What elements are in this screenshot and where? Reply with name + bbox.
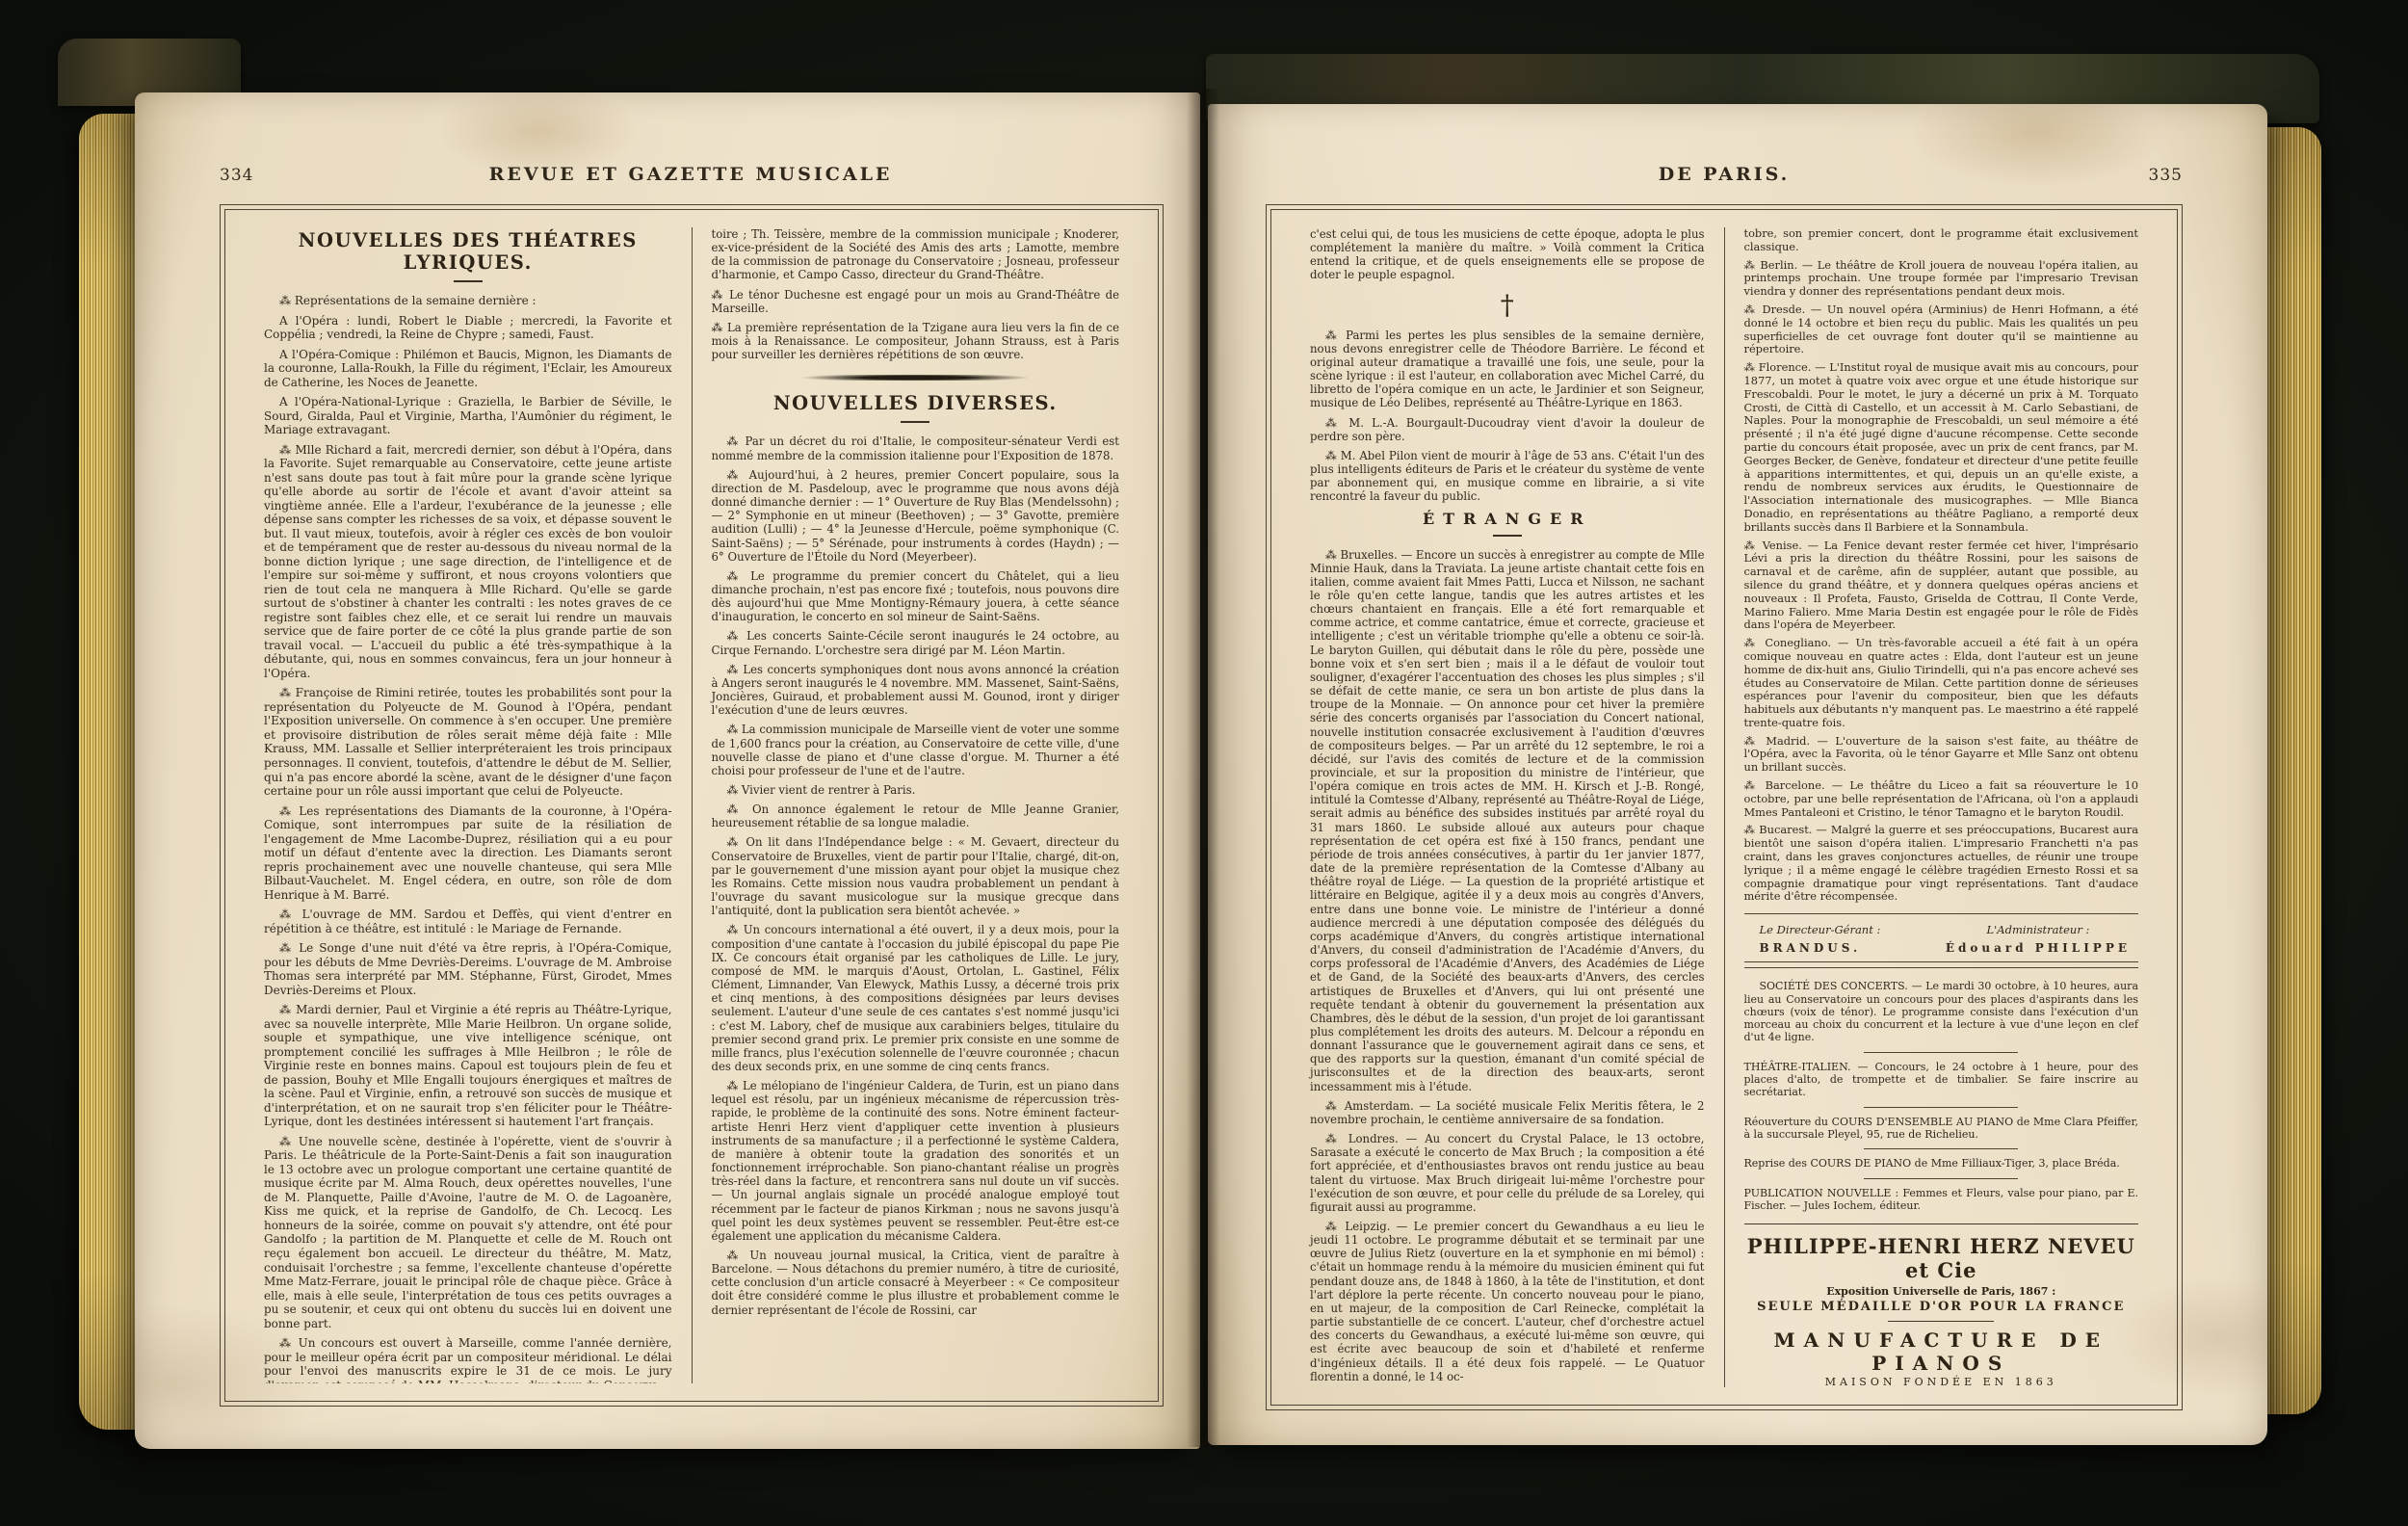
heading-dash — [901, 421, 929, 423]
paragraph: ⁂ Mardi dernier, Paul et Virginie a été … — [264, 1003, 672, 1129]
section-heading-nouvelles-diverses: NOUVELLES DIVERSES. — [712, 392, 1120, 414]
column-2-continuation: toire ; Th. Teissère, membre de la commi… — [712, 227, 1120, 361]
column-3: c'est celui qui, de tous les musiciens d… — [1291, 227, 1724, 1387]
paragraph: ⁂ M. L.-A. Bourgault-Ducoudray vient d'a… — [1310, 416, 1705, 443]
paragraph: ⁂ Vivier vient de rentrer à Paris. — [712, 783, 1120, 797]
column-3-paragraphs: ⁂ Bruxelles. — Encore un succès à enregi… — [1310, 548, 1705, 1383]
column-4: tobre, son premier concert, dont le prog… — [1724, 227, 2159, 1387]
section-heading-etranger: ÉTRANGER — [1310, 510, 1705, 528]
paragraph: A l'Opéra-National-Lyrique : Graziella, … — [264, 395, 672, 437]
director-label: Le Directeur-Gérant : — [1760, 923, 1881, 936]
paragraph: PUBLICATION NOUVELLE : Femmes et Fleurs,… — [1744, 1178, 2139, 1213]
paragraph: ⁂ Florence. — L'Institut royal de musiqu… — [1744, 361, 2139, 534]
paragraph: ⁂ On annonce également le retour de Mlle… — [712, 802, 1120, 829]
ad-rule — [1888, 1321, 1994, 1322]
director-name: BRANDUS. — [1760, 941, 1881, 955]
masthead: Le Directeur-Gérant : BRANDUS. L'Adminis… — [1744, 913, 2139, 961]
page-edges-right — [2265, 127, 2321, 1414]
left-page: 334 REVUE ET GAZETTE MUSICALE NOUVELLES … — [135, 92, 1200, 1449]
paragraph: A l'Opéra : lundi, Robert le Diable ; me… — [264, 314, 672, 342]
journal-title-left: REVUE ET GAZETTE MUSICALE — [489, 164, 893, 185]
column-2-paragraphs: ⁂ Par un décret du roi d'Italie, le comp… — [712, 434, 1120, 1316]
paragraph: ⁂ Berlin. — Le théâtre de Kroll jouera d… — [1744, 259, 2139, 299]
paragraph: c'est celui qui, de tous les musiciens d… — [1310, 227, 1705, 282]
paragraph: ⁂ Les concerts Sainte-Cécile seront inau… — [712, 629, 1120, 656]
paragraph: ⁂ Aujourd'hui, à 2 heures, premier Conce… — [712, 468, 1120, 564]
double-rule — [1744, 961, 2139, 968]
paragraph: ⁂ Le programme du premier concert du Châ… — [712, 569, 1120, 624]
paragraph: ⁂ Venise. — La Fenice devant rester ferm… — [1744, 539, 2139, 633]
paragraph: ⁂ Françoise de Rimini retirée, toutes le… — [264, 686, 672, 798]
heading-dash — [1493, 535, 1522, 537]
paragraph: ⁂ La commission municipale de Marseille … — [712, 723, 1120, 777]
paragraph: ⁂ Un concours est ouvert à Marseille, co… — [264, 1336, 672, 1383]
paragraph: ⁂ Le Songe d'une nuit d'été va être repr… — [264, 941, 672, 997]
photo-background: 334 REVUE ET GAZETTE MUSICALE NOUVELLES … — [0, 0, 2408, 1526]
paragraph: toire ; Th. Teissère, membre de la commi… — [712, 227, 1120, 282]
paragraph: ⁂ Représentations de la semaine dernière… — [264, 294, 672, 308]
administrator-name: Édouard PHILIPPE — [1946, 941, 2131, 955]
paragraph: ⁂ Les concerts symphoniques dont nous av… — [712, 663, 1120, 718]
ad-medal-line: SEULE MÉDAILLE D'OR POUR LA FRANCE — [1744, 1300, 2139, 1314]
heading-dash — [454, 280, 483, 282]
left-page-header: 334 REVUE ET GAZETTE MUSICALE — [220, 164, 1162, 185]
paragraph: ⁂ Leipzig. — Le premier concert du Gewan… — [1310, 1220, 1705, 1383]
ad-exposition-line: Exposition Universelle de Paris, 1867 : — [1744, 1285, 2139, 1298]
paragraph: Reprise des COURS DE PIANO de Mme Fillia… — [1744, 1148, 2139, 1170]
paragraph: ⁂ La première représentation de la Tziga… — [712, 321, 1120, 361]
right-page-header: DE PARIS. 335 — [1266, 164, 2183, 185]
paragraph: A l'Opéra-Comique : Philémon et Baucis, … — [264, 348, 672, 390]
paragraph: ⁂ Par un décret du roi d'Italie, le comp… — [712, 434, 1120, 461]
book-gutter-shadow — [1187, 89, 1219, 1447]
paragraph: ⁂ Mlle Richard a fait, mercredi dernier,… — [264, 443, 672, 681]
paragraph: ⁂ Parmi les pertes les plus sensibles de… — [1310, 329, 1705, 410]
paragraph: ⁂ Le ténor Duchesne est engagé pour un m… — [712, 288, 1120, 315]
decorative-spindle-rule — [760, 375, 1070, 381]
paragraph: Réouverture du COURS D'ENSEMBLE AU PIANO… — [1744, 1107, 2139, 1142]
paragraph: ⁂ Un nouveau journal musical, la Critica… — [712, 1249, 1120, 1317]
paragraph: ⁂ M. Abel Pilon vient de mourir à l'âge … — [1310, 449, 1705, 504]
paragraph: tobre, son premier concert, dont le prog… — [1744, 227, 2139, 254]
section-heading-theatres-lyriques: NOUVELLES DES THÉATRES LYRIQUES. — [264, 229, 672, 274]
ad-founded-line: MAISON FONDÉE EN 1863 — [1744, 1376, 2139, 1387]
ad-company-name: PHILIPPE-HENRI HERZ NEVEU et Cie — [1744, 1234, 2139, 1282]
masthead-director: Le Directeur-Gérant : BRANDUS. — [1752, 923, 1881, 955]
left-page-frame: NOUVELLES DES THÉATRES LYRIQUES. ⁂ Repré… — [220, 204, 1164, 1407]
paragraph: ⁂ Dresde. — Un nouvel opéra (Arminius) d… — [1744, 303, 2139, 356]
right-page: DE PARIS. 335 c'est celui qui, de tous l… — [1208, 104, 2267, 1445]
column-4-continuation: tobre, son premier concert, dont le prog… — [1744, 227, 2139, 904]
advertisement-herz-pianos: PHILIPPE-HENRI HERZ NEVEU et Cie Exposit… — [1744, 1223, 2139, 1387]
paragraph: ⁂ Bruxelles. — Encore un succès à enregi… — [1310, 548, 1705, 1093]
paragraph: SOCIÉTÉ DES CONCERTS. — Le mardi 30 octo… — [1744, 980, 2139, 1043]
journal-title-right: DE PARIS. — [1659, 164, 1791, 185]
page-number-334: 334 — [220, 166, 489, 185]
column-3-continuation: c'est celui qui, de tous les musiciens d… — [1310, 227, 1705, 282]
paragraph: ⁂ Madrid. — L'ouverture de la saison s'e… — [1744, 735, 2139, 775]
obituary-cross-icon: † — [1310, 292, 1705, 319]
paragraph: ⁂ Amsterdam. — La société musicale Felix… — [1310, 1099, 1705, 1126]
paragraph: ⁂ Conegliano. — Un très-favorable accuei… — [1744, 637, 2139, 730]
masthead-administrator: L'Administrateur : Édouard PHILIPPE — [1946, 923, 2131, 955]
paragraph: ⁂ Une nouvelle scène, destinée à l'opére… — [264, 1135, 672, 1330]
paragraph: ⁂ On lit dans l'Indépendance belge : « M… — [712, 835, 1120, 917]
right-page-frame: c'est celui qui, de tous les musiciens d… — [1266, 204, 2183, 1410]
column-1-paragraphs: ⁂ Représentations de la semaine dernière… — [264, 294, 672, 1383]
administrator-label: L'Administrateur : — [1946, 923, 2131, 936]
column-1: NOUVELLES DES THÉATRES LYRIQUES. ⁂ Repré… — [245, 227, 692, 1383]
notices: SOCIÉTÉ DES CONCERTS. — Le mardi 30 octo… — [1744, 980, 2139, 1212]
paragraph: ⁂ Le mélopiano de l'ingénieur Caldera, d… — [712, 1079, 1120, 1243]
page-number-335: 335 — [2149, 166, 2183, 185]
paragraph: THÉÂTRE-ITALIEN. — Concours, le 24 octob… — [1744, 1052, 2139, 1099]
paragraph: ⁂ Barcelone. — Le théâtre du Liceo a fai… — [1744, 779, 2139, 819]
paragraph: ⁂ Les représentations des Diamants de la… — [264, 804, 672, 903]
paragraph: ⁂ Un concours international a été ouvert… — [712, 923, 1120, 1073]
ad-manufacture-line: MANUFACTURE DE PIANOS — [1744, 1329, 2139, 1375]
column-3-obituaries: ⁂ Parmi les pertes les plus sensibles de… — [1310, 329, 1705, 504]
column-2: toire ; Th. Teissère, membre de la commi… — [692, 227, 1139, 1383]
paragraph: ⁂ Londres. — Au concert du Crystal Palac… — [1310, 1132, 1705, 1214]
paragraph: ⁂ L'ouvrage de MM. Sardou et Deffès, qui… — [264, 908, 672, 935]
page-edges-left — [79, 114, 141, 1430]
paragraph: ⁂ Bucarest. — Malgré la guerre et ses pr… — [1744, 824, 2139, 904]
